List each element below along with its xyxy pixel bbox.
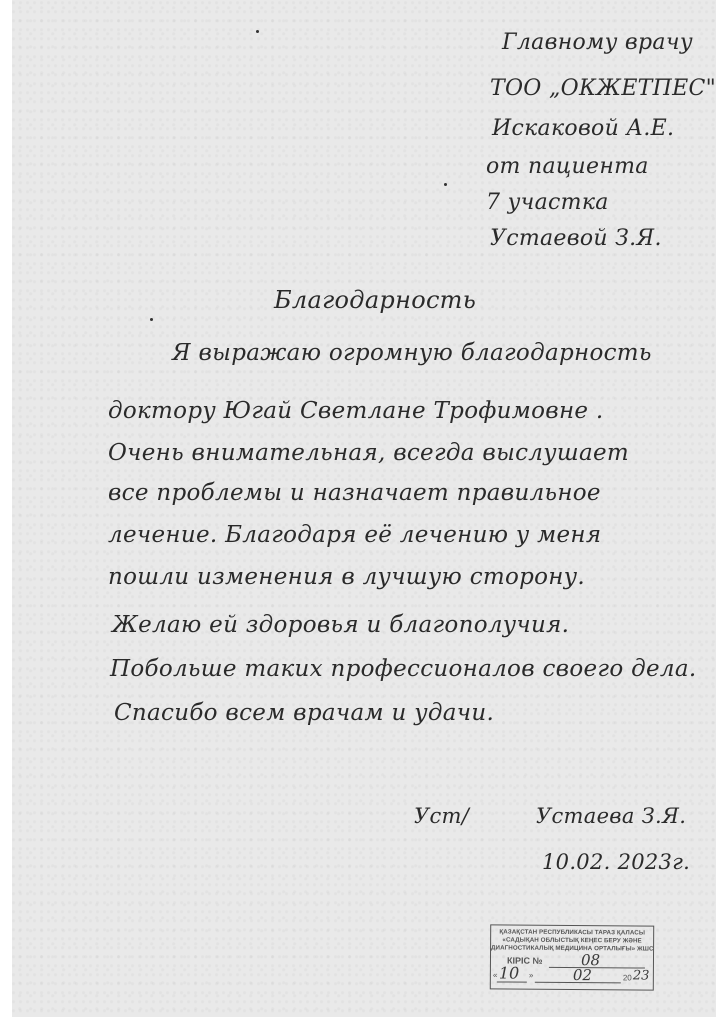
stamp-year-prefix: 20 [623,973,632,982]
stamp-day: 10 [499,963,519,982]
stamp-line: «САДЫҚАН ОБЛЫСТЫҚ КЕҢЕС БЕРУ ЖӘНЕ [491,936,653,944]
stamp-close-quote: » [529,971,534,980]
body-line: пошли изменения в лучшую сторону. [108,564,585,590]
stamp-year: 23 [633,968,650,983]
addressee-line: 7 участка [486,190,609,215]
scanned-letter-page: Главному врачу ТОО „ОКЖЕТПЕС" Искаковой … [12,0,716,1017]
body-line: Желаю ей здоровья и благополучия. [112,612,569,638]
scan-speck [256,30,259,33]
registration-stamp: ҚАЗАҚСТАН РЕСПУБЛИКАСЫ ТАРАЗ ҚАЛАСЫ «САД… [490,924,654,990]
stamp-month: 02 [573,966,592,984]
body-line: Побольше таких профессионалов своего дел… [110,656,696,682]
body-line: Спасибо всем врачам и удачи. [114,700,494,726]
body-line: доктору Югай Светлане Трофимовне . [108,398,604,424]
body-line: лечение. Благодаря её лечению у меня [108,522,601,548]
scan-speck [150,318,153,321]
addressee-line: от пациента [486,154,649,179]
stamp-open-quote: « [493,970,498,979]
stamp-line: ҚАЗАҚСТАН РЕСПУБЛИКАСЫ ТАРАЗ ҚАЛАСЫ [491,928,653,936]
body-line: Очень внимательная, всегда выслушает [108,440,629,466]
addressee-line: Устаевой З.Я. [490,226,662,251]
addressee-line: Главному врачу [502,30,693,55]
body-line: Я выражаю огромную благодарность [172,340,652,366]
signature-date: 10.02. 2023г. [542,850,690,874]
handwritten-signature: Уст/ [414,804,469,828]
addressee-line: Искаковой А.Е. [492,116,674,141]
letter-title: Благодарность [274,286,476,314]
scan-speck [444,183,447,186]
stamp-day-underline [497,981,527,982]
body-line: все проблемы и назначает правильное [108,480,601,506]
addressee-line: ТОО „ОКЖЕТПЕС" [490,76,716,101]
signer-name: Устаева З.Я. [536,804,686,828]
stamp-line: ДИАГНОСТИКАЛЫҚ МЕДИЦИНА ОРТАЛЫҒЫ» ЖШС [491,944,653,952]
